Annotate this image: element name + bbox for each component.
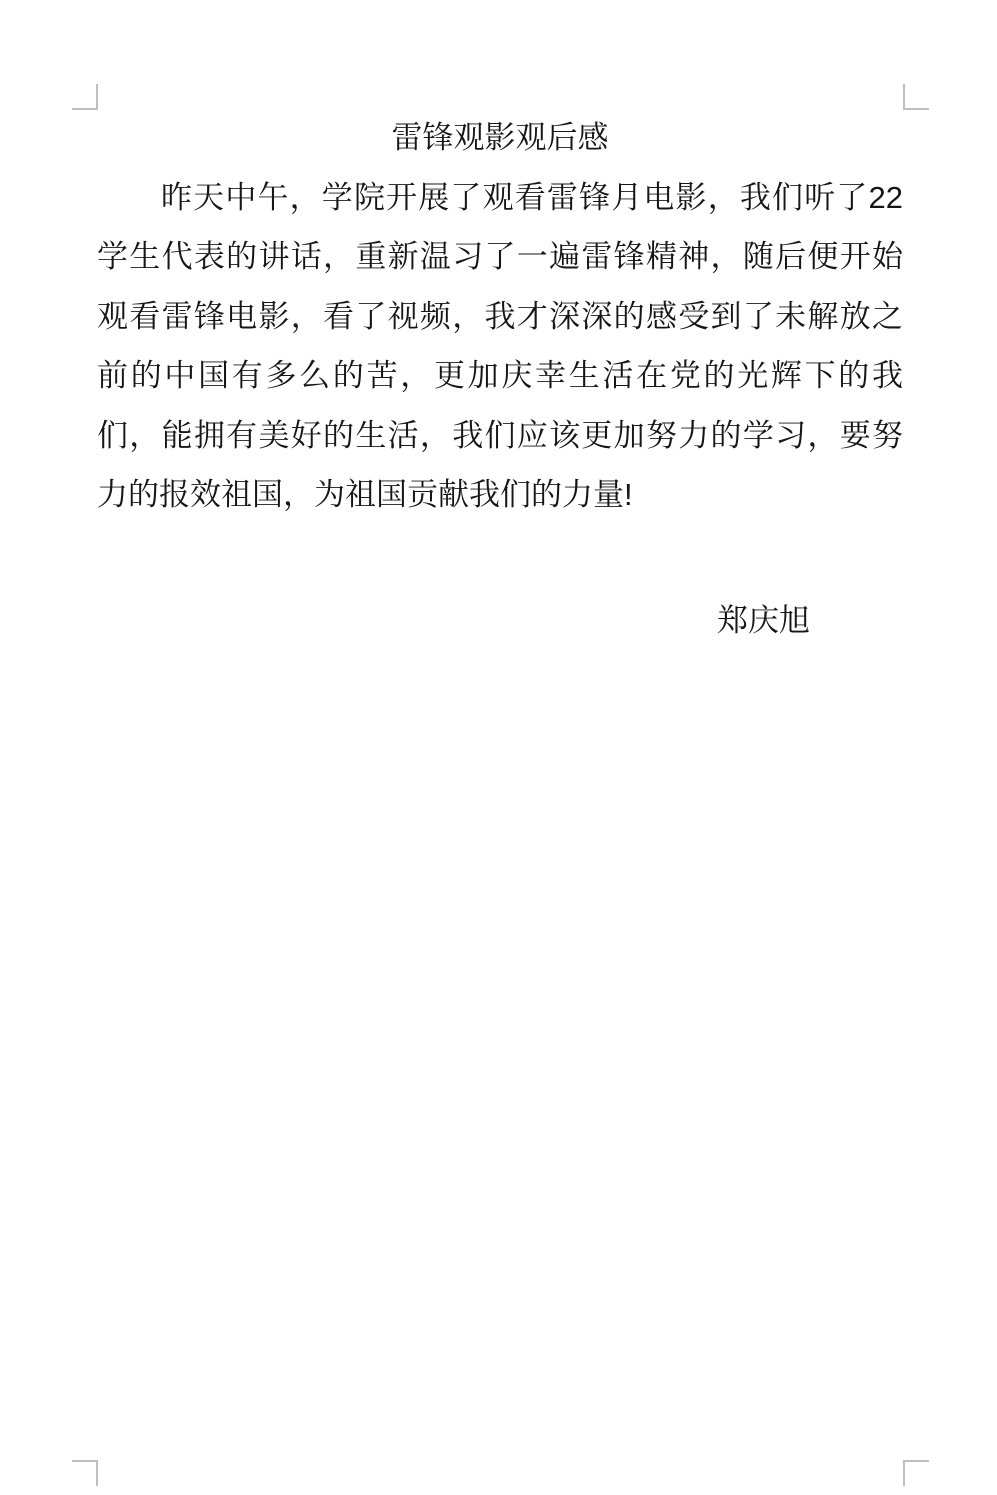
paragraph-line: 前的中国有多么的苦，更加庆幸生活在党的光辉下的我 — [97, 346, 903, 406]
paragraph-line: 力的报效祖国，为祖国贡献我们的力量! — [97, 465, 903, 525]
crop-mark-bottom-right-icon — [903, 1460, 929, 1486]
paragraph-line: 昨天中午，学院开展了观看雷锋月电影，我们听了22 — [97, 168, 903, 228]
crop-mark-top-left-icon — [72, 84, 98, 110]
paragraph-line: 观看雷锋电影，看了视频，我才深深的感受到了未解放之 — [97, 287, 903, 347]
crop-mark-top-right-icon — [903, 84, 929, 110]
document-title: 雷锋观影观后感 — [97, 108, 903, 168]
document-page: 雷锋观影观后感 昨天中午，学院开展了观看雷锋月电影，我们听了22 学生代表的讲话… — [0, 0, 997, 1495]
paragraph-line: 学生代表的讲话，重新温习了一遍雷锋精神，随后便开始 — [97, 227, 903, 287]
blank-line — [97, 525, 903, 591]
paragraph-line: 们，能拥有美好的生活，我们应该更加努力的学习，要努 — [97, 406, 903, 466]
crop-mark-bottom-left-icon — [72, 1460, 98, 1486]
signature: 郑庆旭 — [97, 591, 903, 651]
document-content: 雷锋观影观后感 昨天中午，学院开展了观看雷锋月电影，我们听了22 学生代表的讲话… — [97, 108, 903, 650]
